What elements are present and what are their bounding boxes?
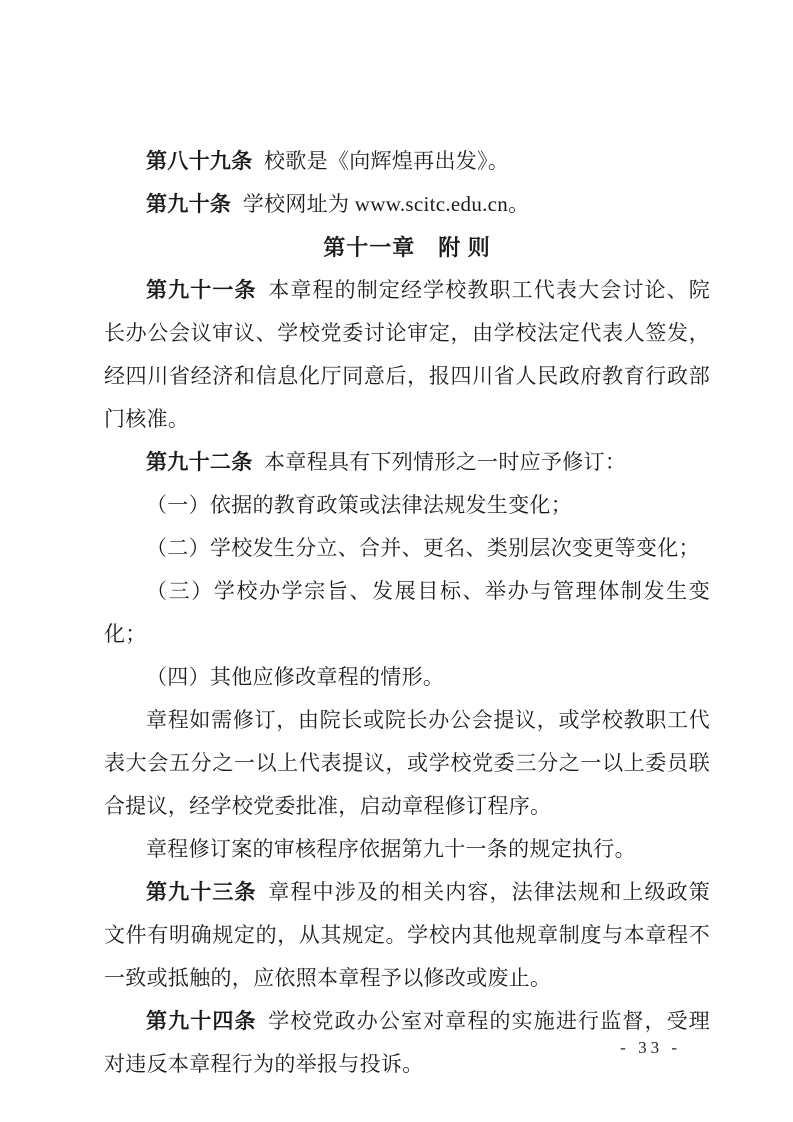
article-93-paragraph: 第九十三条章程中涉及的相关内容，法律法规和上级政策文件有明确规定的，从其规定。学…	[104, 871, 710, 1000]
article-92-item-2: （二）学校发生分立、合并、更名、类别层次变更等变化；	[104, 527, 710, 570]
chapter-11-heading: 第十一章 附 则	[104, 226, 710, 269]
document-body: 第八十九条校歌是《向辉煌再出发》。 第九十条学校网址为 www.scitc.ed…	[104, 140, 710, 1086]
article-90-number: 第九十条	[146, 192, 231, 216]
article-92-paragraph: 第九十二条本章程具有下列情形之一时应予修订：	[104, 441, 710, 484]
revision-review-paragraph: 章程修订案的审核程序依据第九十一条的规定执行。	[104, 828, 710, 871]
article-93-number: 第九十三条	[146, 880, 257, 904]
article-92-text: 本章程具有下列情形之一时应予修订：	[264, 450, 626, 474]
article-89-text: 校歌是《向辉煌再出发》。	[264, 149, 509, 173]
article-94-paragraph: 第九十四条学校党政办公室对章程的实施进行监督，受理对违反本章程行为的举报与投诉。	[104, 1000, 710, 1086]
article-91-paragraph: 第九十一条本章程的制定经学校教职工代表大会讨论、院长办公会议审议、学校党委讨论审…	[104, 269, 710, 441]
article-92-item-1: （一）依据的教育政策或法律法规发生变化；	[104, 484, 710, 527]
article-92-item-3: （三）学校办学宗旨、发展目标、举办与管理体制发生变化；	[104, 570, 710, 656]
article-94-number: 第九十四条	[146, 1009, 257, 1033]
article-91-number: 第九十一条	[146, 278, 257, 302]
article-90-text: 学校网址为 www.scitc.edu.cn。	[243, 192, 530, 216]
article-89-number: 第八十九条	[146, 149, 253, 173]
article-90-paragraph: 第九十条学校网址为 www.scitc.edu.cn。	[104, 183, 710, 226]
article-89-paragraph: 第八十九条校歌是《向辉煌再出发》。	[104, 140, 710, 183]
article-92-number: 第九十二条	[146, 450, 253, 474]
revision-procedure-paragraph: 章程如需修订，由院长或院长办公会提议，或学校教职工代表大会五分之一以上代表提议，…	[104, 699, 710, 828]
article-92-item-4: （四）其他应修改章程的情形。	[104, 656, 710, 699]
page-number: - 33 -	[620, 1038, 681, 1058]
document-page: 第八十九条校歌是《向辉煌再出发》。 第九十条学校网址为 www.scitc.ed…	[0, 0, 793, 1122]
